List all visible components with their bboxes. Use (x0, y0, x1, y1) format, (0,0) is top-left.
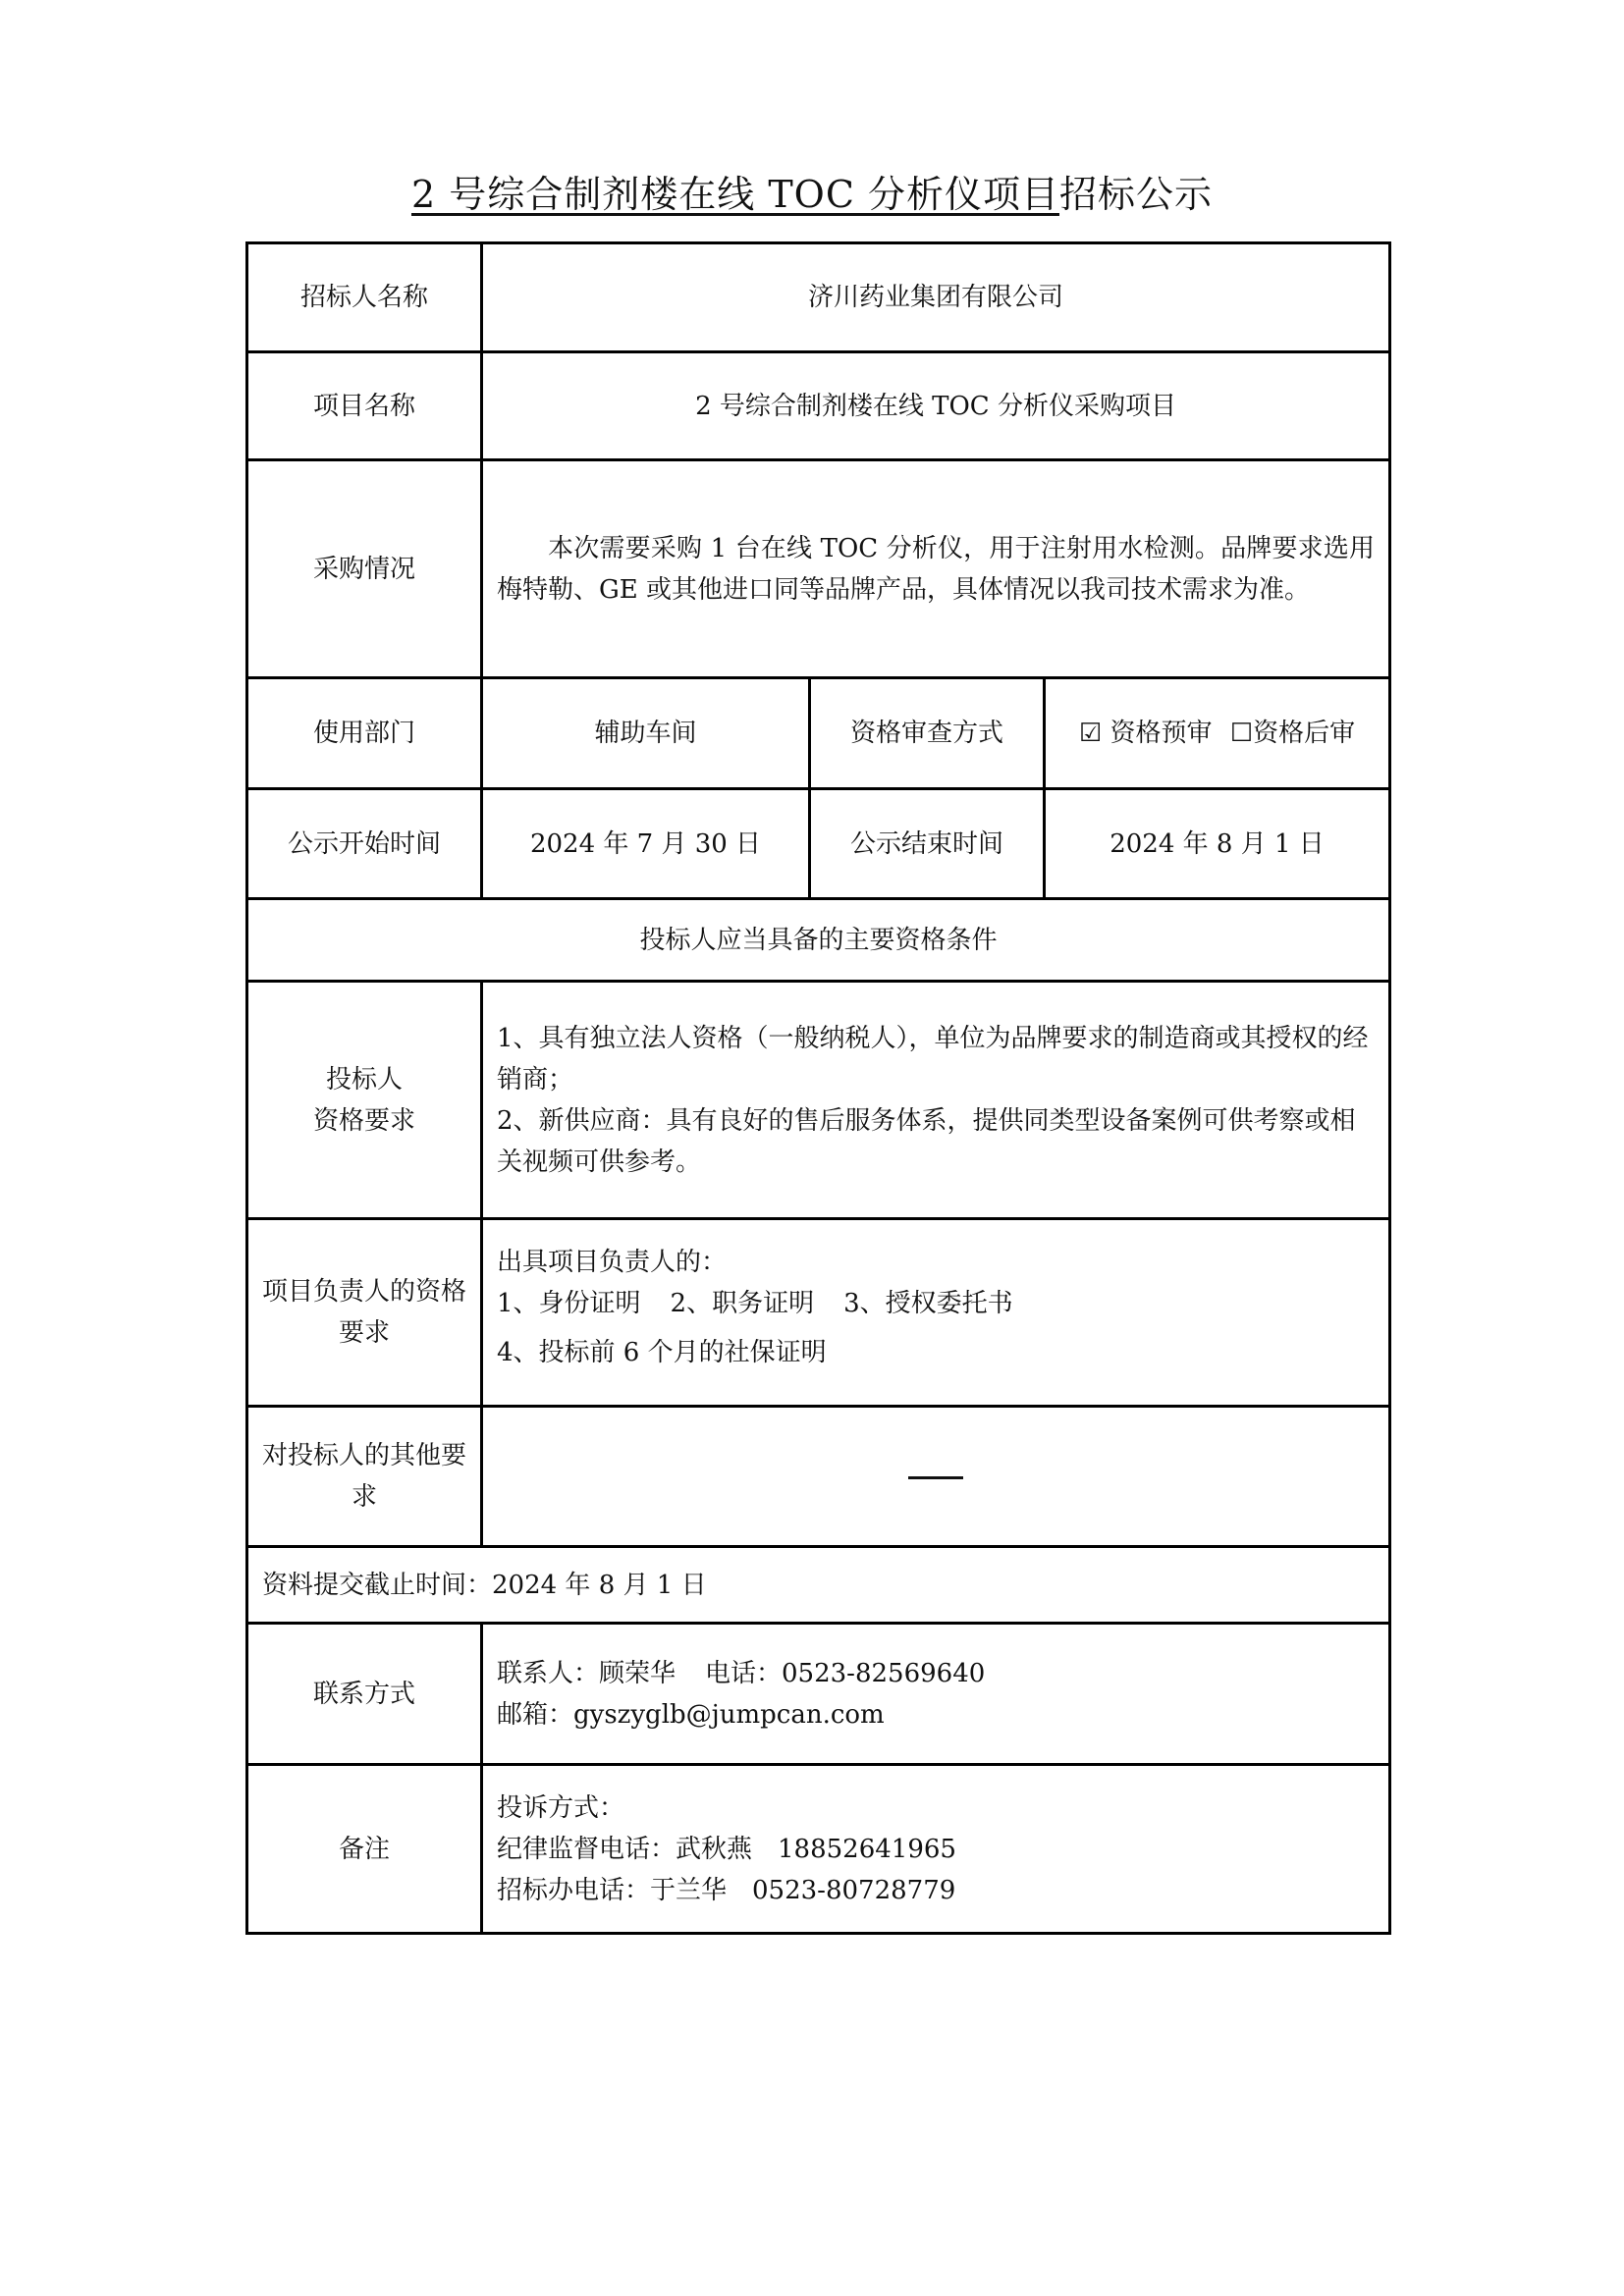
row-manager-requirements: 项目负责人的资格要求 出具项目负责人的： 1、身份证明2、职务证明3、授权委托书… (247, 1219, 1390, 1407)
contact-label: 联系方式 (247, 1624, 482, 1765)
procurement-value: 本次需要采购 1 台在线 TOC 分析仪，用于注射用水检测。品牌要求选用梅特勒、… (482, 460, 1390, 678)
row-tenderer: 招标人名称 济川药业集团有限公司 (247, 243, 1390, 352)
project-value: 2 号综合制剂楼在线 TOC 分析仪采购项目 (482, 352, 1390, 460)
manager-item-authorization: 3、授权委托书 (843, 1289, 1013, 1318)
start-date-label: 公示开始时间 (247, 789, 482, 899)
procurement-label: 采购情况 (247, 460, 482, 678)
project-label: 项目名称 (247, 352, 482, 460)
row-dates: 公示开始时间 2024 年 7 月 30 日 公示结束时间 2024 年 8 月… (247, 789, 1390, 899)
checkbox-prequalification[interactable]: ☑ (1079, 719, 1102, 748)
contact-person: 联系人：顾荣华 (497, 1659, 676, 1688)
title-rest: 招标公示 (1059, 173, 1213, 216)
document-title: 2 号综合制剂楼在线 TOC 分析仪项目招标公示 (0, 169, 1624, 220)
row-other-requirements: 对投标人的其他要求 (247, 1407, 1390, 1547)
bidder-requirement-item: 1、具有独立法人资格（一般纳税人），单位为品牌要求的制造商或其授权的经销商； (497, 1018, 1375, 1100)
contact-phone: 电话：0523-82569640 (705, 1659, 985, 1688)
empty-dash (908, 1476, 963, 1479)
manager-item-id-proof: 1、身份证明 (497, 1289, 641, 1318)
tender-office-phone: 招标办电话：于兰华 0523-80728779 (497, 1870, 1375, 1911)
row-project: 项目名称 2 号综合制剂楼在线 TOC 分析仪采购项目 (247, 352, 1390, 460)
manager-item-position-proof: 2、职务证明 (671, 1289, 815, 1318)
row-remarks: 备注 投诉方式： 纪律监督电话：武秋燕 18852641965 招标办电话：于兰… (247, 1765, 1390, 1934)
remarks-label: 备注 (247, 1765, 482, 1934)
review-method-options: ☑ 资格预审 ☐资格后审 (1045, 678, 1390, 789)
title-underlined-part: 2 号综合制剂楼在线 TOC 分析仪项目 (411, 173, 1059, 216)
other-requirements-label: 对投标人的其他要求 (247, 1407, 482, 1547)
qualification-section-header: 投标人应当具备的主要资格条件 (247, 899, 1390, 982)
row-contact: 联系方式 联系人：顾荣华电话：0523-82569640 邮箱：gyszyglb… (247, 1624, 1390, 1765)
row-bidder-requirements: 投标人 资格要求 1、具有独立法人资格（一般纳税人），单位为品牌要求的制造商或其… (247, 982, 1390, 1219)
bidder-requirements-value: 1、具有独立法人资格（一般纳税人），单位为品牌要求的制造商或其授权的经销商； 2… (482, 982, 1390, 1219)
discipline-hotline: 纪律监督电话：武秋燕 18852641965 (497, 1829, 1375, 1870)
manager-requirements-value: 出具项目负责人的： 1、身份证明2、职务证明3、授权委托书 4、投标前 6 个月… (482, 1219, 1390, 1407)
remarks-value: 投诉方式： 纪律监督电话：武秋燕 18852641965 招标办电话：于兰华 0… (482, 1765, 1390, 1934)
procurement-paragraph: 本次需要采购 1 台在线 TOC 分析仪，用于注射用水检测。品牌要求选用梅特勒、… (497, 528, 1375, 611)
bidder-requirement-item: 2、新供应商：具有良好的售后服务体系，提供同类型设备案例可供考察或相关视频可供参… (497, 1100, 1375, 1183)
tender-notice-table: 招标人名称 济川药业集团有限公司 项目名称 2 号综合制剂楼在线 TOC 分析仪… (245, 241, 1391, 1935)
end-date-label: 公示结束时间 (810, 789, 1045, 899)
manager-requirements-items-line2: 4、投标前 6 个月的社保证明 (497, 1332, 1375, 1373)
review-method-label: 资格审查方式 (810, 678, 1045, 789)
row-procurement: 采购情况 本次需要采购 1 台在线 TOC 分析仪，用于注射用水检测。品牌要求选… (247, 460, 1390, 678)
bidder-requirements-label-line1: 投标人 (262, 1059, 466, 1100)
submission-deadline: 资料提交截止时间：2024 年 8 月 1 日 (247, 1547, 1390, 1624)
end-date-value: 2024 年 8 月 1 日 (1045, 789, 1390, 899)
option-prequalification-label: 资格预审 (1110, 719, 1212, 748)
checkbox-postqualification[interactable]: ☐ (1230, 719, 1253, 748)
tenderer-value: 济川药业集团有限公司 (482, 243, 1390, 352)
tenderer-label: 招标人名称 (247, 243, 482, 352)
start-date-value: 2024 年 7 月 30 日 (482, 789, 810, 899)
manager-requirements-label: 项目负责人的资格要求 (247, 1219, 482, 1407)
complaint-heading: 投诉方式： (497, 1788, 1375, 1829)
row-deadline: 资料提交截止时间：2024 年 8 月 1 日 (247, 1547, 1390, 1624)
bidder-requirements-label: 投标人 资格要求 (247, 982, 482, 1219)
contact-value: 联系人：顾荣华电话：0523-82569640 邮箱：gyszyglb@jump… (482, 1624, 1390, 1765)
manager-requirements-items-line1: 1、身份证明2、职务证明3、授权委托书 (497, 1283, 1375, 1324)
manager-requirements-intro: 出具项目负责人的： (497, 1242, 1375, 1283)
row-section-header: 投标人应当具备的主要资格条件 (247, 899, 1390, 982)
contact-person-line: 联系人：顾荣华电话：0523-82569640 (497, 1653, 1375, 1694)
department-label: 使用部门 (247, 678, 482, 789)
department-value: 辅助车间 (482, 678, 810, 789)
contact-email: 邮箱：gyszyglb@jumpcan.com (497, 1694, 1375, 1735)
other-requirements-value (482, 1407, 1390, 1547)
bidder-requirements-label-line2: 资格要求 (262, 1100, 466, 1142)
row-department: 使用部门 辅助车间 资格审查方式 ☑ 资格预审 ☐资格后审 (247, 678, 1390, 789)
option-postqualification-label: 资格后审 (1253, 719, 1355, 748)
